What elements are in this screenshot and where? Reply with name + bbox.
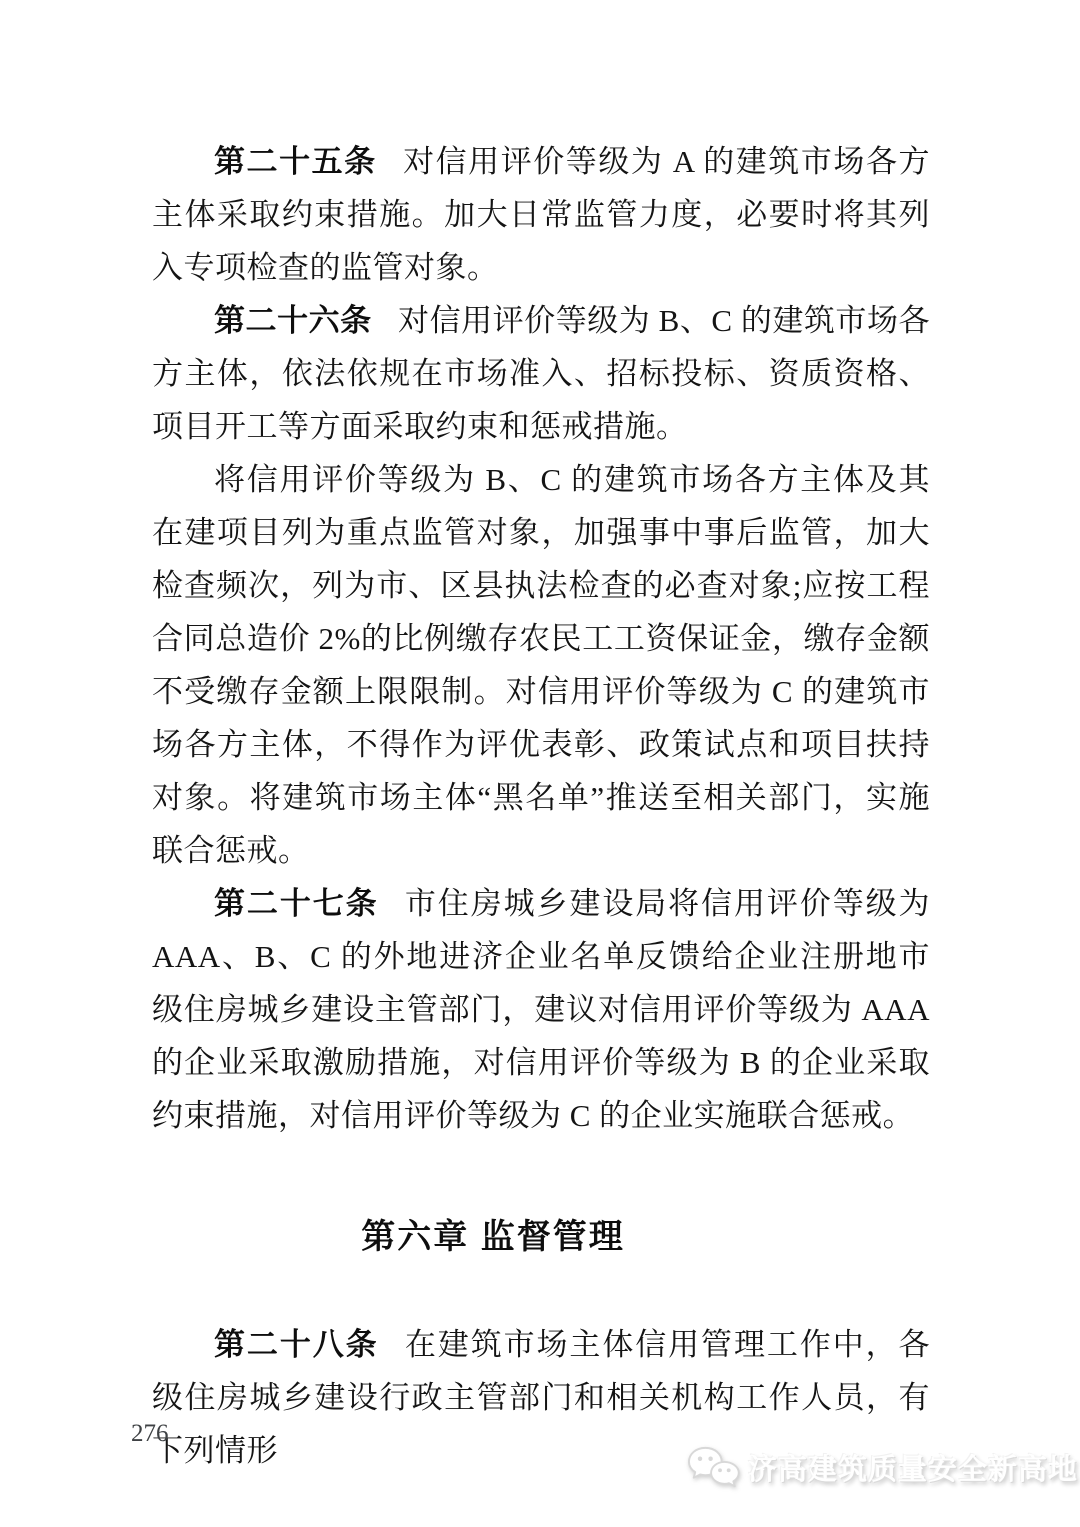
document-page: 第二十五条对信用评价等级为 A 的建筑市场各方主体采取约束措施。加大日常监管力度…: [0, 0, 1080, 1527]
wechat-icon: [686, 1445, 740, 1495]
watermark-text: 济高建筑质量安全新高地: [748, 1456, 1078, 1485]
article-26-continuation-paragraph: 将信用评价等级为 B、C 的建筑市场各方主体及其在建项目列为重点监管对象，加强事…: [152, 453, 930, 877]
document-body: 第二十五条对信用评价等级为 A 的建筑市场各方主体采取约束措施。加大日常监管力度…: [0, 0, 1080, 1477]
article-26-continuation-text: 将信用评价等级为 B、C 的建筑市场各方主体及其在建项目列为重点监管对象，加强事…: [152, 462, 930, 868]
article-26-label: 第二十六条: [214, 303, 372, 338]
article-26-paragraph: 第二十六条对信用评价等级为 B、C 的建筑市场各方主体，依法依规在市场准入、招标…: [152, 294, 930, 453]
page-number: 276: [131, 1421, 169, 1446]
chapter-heading: 第六章 监督管理: [104, 1211, 882, 1264]
article-27-paragraph: 第二十七条市住房城乡建设局将信用评价等级为 AAA、B、C 的外地进济企业名单反…: [152, 877, 930, 1142]
article-25-label: 第二十五条: [214, 144, 377, 179]
wechat-watermark: 济高建筑质量安全新高地: [686, 1440, 1078, 1500]
article-27-text: 市住房城乡建设局将信用评价等级为 AAA、B、C 的外地进济企业名单反馈给企业注…: [152, 886, 930, 1133]
article-27-label: 第二十七条: [214, 886, 379, 921]
article-25-paragraph: 第二十五条对信用评价等级为 A 的建筑市场各方主体采取约束措施。加大日常监管力度…: [152, 135, 930, 294]
article-28-label: 第二十八条: [214, 1327, 379, 1362]
